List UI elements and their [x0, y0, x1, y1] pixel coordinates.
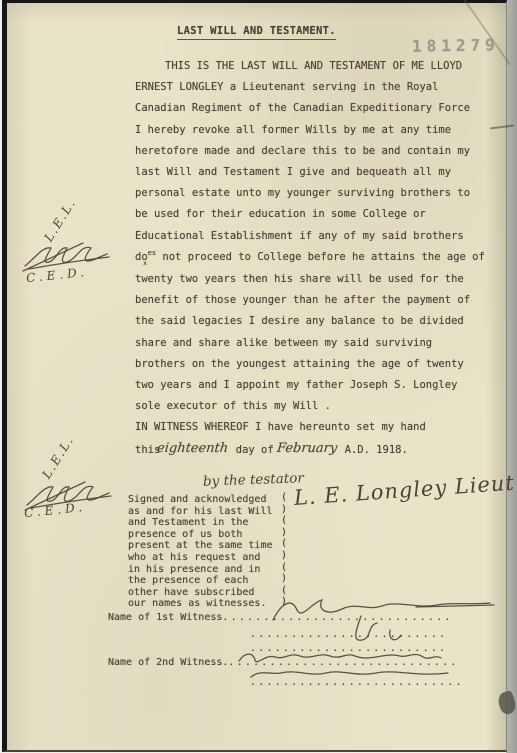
body-line: ERNEST LONGLEY a Lieutenant serving in t…	[135, 77, 483, 98]
body-line: be used for their education in some Coll…	[135, 204, 483, 225]
body-line: IN WITNESS WHEREOF I have hereunto set m…	[135, 417, 483, 438]
attestation-line: in his presence and in	[128, 564, 273, 576]
attestation-clause: Signed and acknowledged as and for his l…	[128, 494, 273, 610]
body-line: the said legacies I desire any balance t…	[135, 311, 483, 332]
body-line: sole executor of this my Will .	[135, 396, 483, 417]
body-line-rest: not proceed to College before he attains…	[156, 251, 485, 263]
inserted-superscript: es	[148, 249, 156, 257]
body-line: twenty two years then his share will be …	[135, 269, 483, 290]
handwritten-month: February	[276, 438, 338, 459]
attestation-line: and Testament in the	[128, 517, 273, 529]
body-line-with-insertion: doesx not proceed to College before he a…	[135, 247, 483, 269]
date-line: thiseighteenth day of February A.D. 1918…	[135, 439, 483, 461]
attestation-line: the presence of each	[128, 575, 273, 587]
body-line: last Will and Testament I give and beque…	[135, 162, 483, 183]
witness-1-label: Name of 1st Witness	[108, 612, 222, 623]
attestation-line: Signed and acknowledged	[128, 494, 273, 506]
handwritten-day: eighteenth	[156, 438, 229, 459]
attestation-line: as and for his last Will	[128, 506, 273, 518]
body-line: I hereby revoke all former Wills by me a…	[135, 120, 483, 141]
body-line: Canadian Regiment of the Canadian Expedi…	[135, 98, 483, 119]
date-mid: day of	[229, 444, 280, 456]
attestation-line: other have subscribed	[128, 587, 273, 599]
body-line: heretofore made and declare this to be a…	[135, 141, 483, 162]
attestation-line: present at the same time	[128, 540, 273, 552]
attestation-line: our names as witnesses.	[128, 598, 273, 610]
attestation-line: who at his request and	[128, 552, 273, 564]
witness-2-label: Name of 2nd Witness.	[108, 657, 228, 668]
body-line: THIS IS THE LAST WILL AND TESTAMENT OF M…	[135, 56, 483, 77]
body-line: benefit of those younger than he after t…	[135, 290, 483, 311]
witness-2-signature-scrawl	[235, 648, 467, 690]
scanner-background-strip	[506, 0, 517, 753]
body-line: brothers on the youngest attaining the a…	[135, 354, 483, 375]
date-suffix: A.D. 1918.	[338, 444, 408, 456]
scanned-will-page: LAST WILL AND TESTAMENT. 181279 THIS IS …	[0, 0, 517, 753]
body-paragraph: THIS IS THE LAST WILL AND TESTAMENT OF M…	[135, 56, 483, 461]
body-line: Educational Establishment if any of my s…	[135, 226, 483, 247]
stamp-number: 181279	[412, 35, 500, 56]
attestation-line: presence of us both	[128, 529, 273, 541]
document-title: LAST WILL AND TESTAMENT.	[177, 25, 336, 40]
body-line: share and share alike between my said su…	[135, 333, 483, 354]
body-line: two years and I appoint my father Joseph…	[135, 375, 483, 396]
witness-1-signature-scrawl	[268, 590, 496, 652]
body-line: personal estate unto my younger survivin…	[135, 183, 483, 204]
